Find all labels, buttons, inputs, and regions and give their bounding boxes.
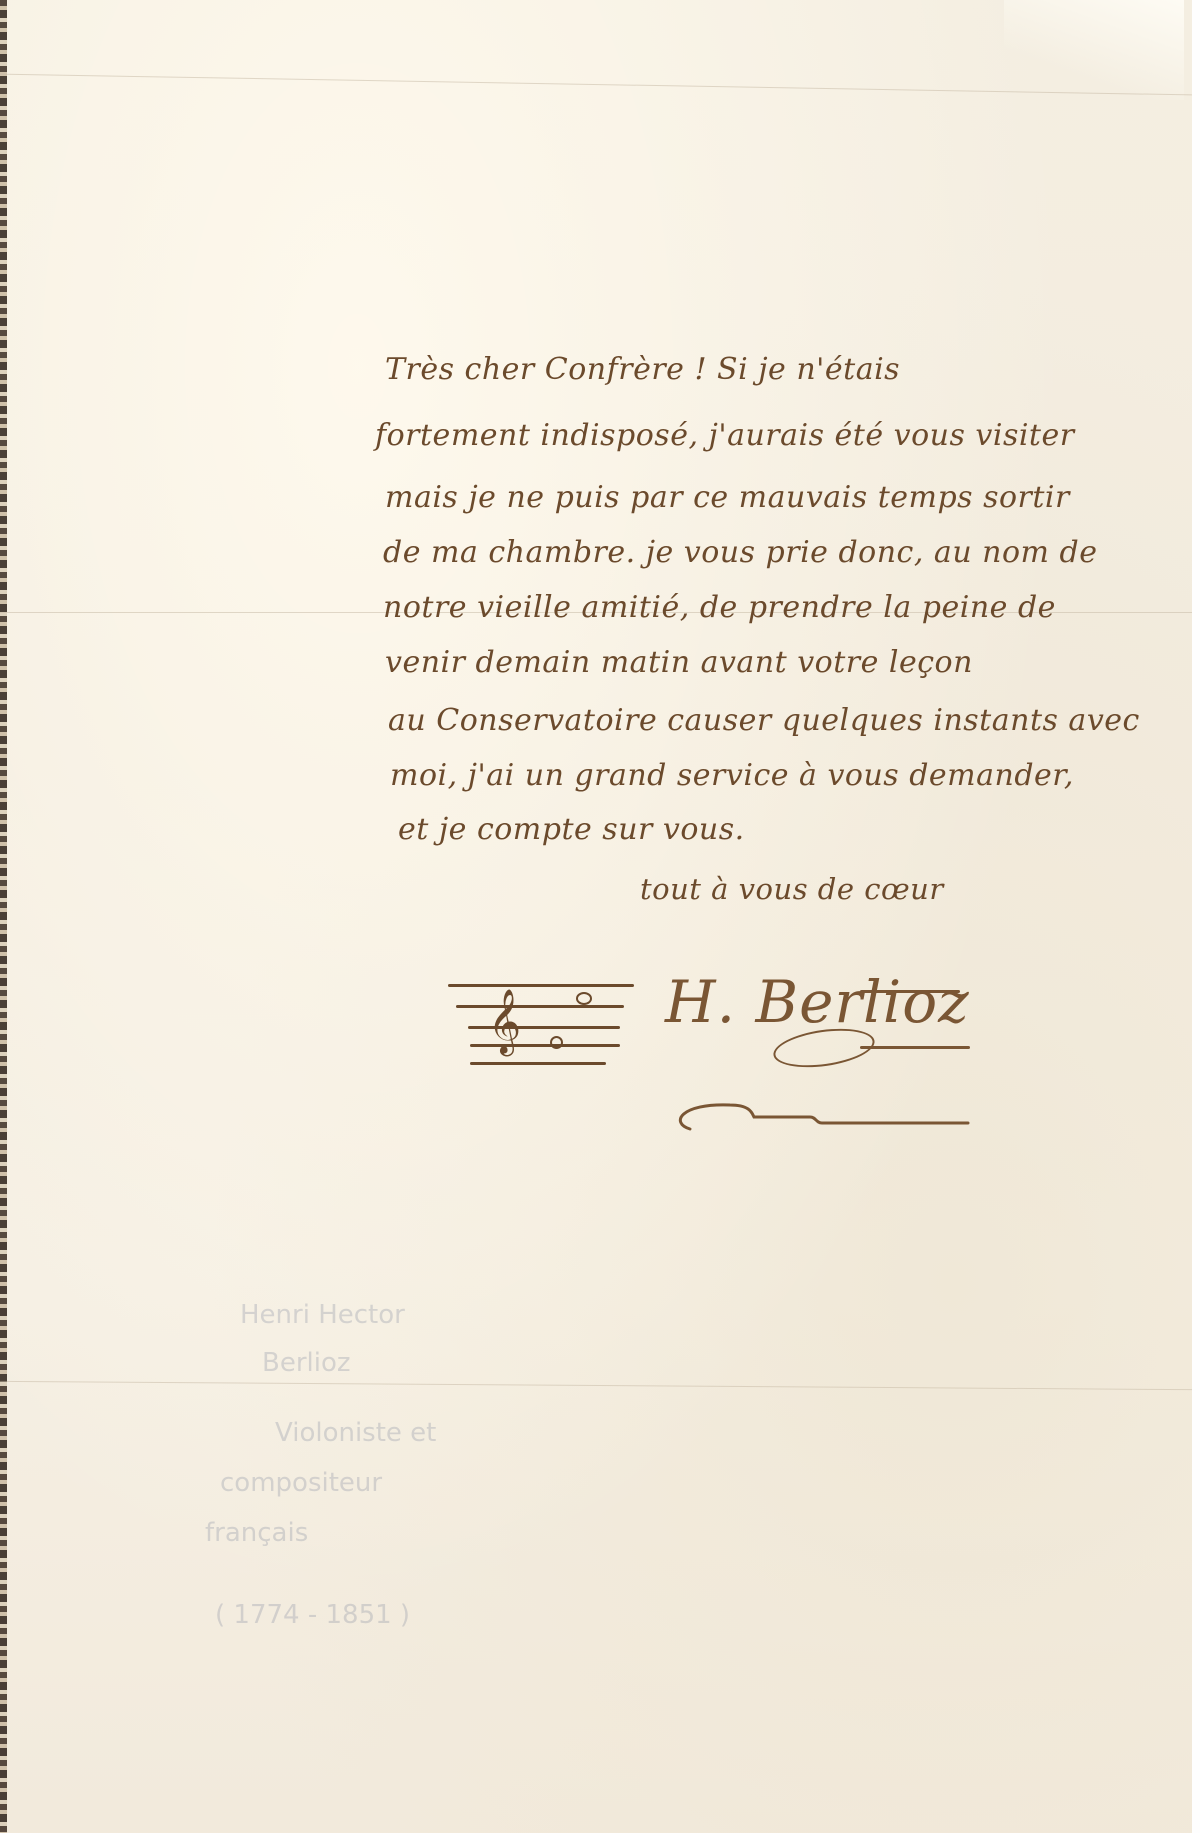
signature: H. Berlioz [665, 968, 970, 1036]
whole-note-icon [550, 1036, 563, 1049]
letter-line-5: notre vieille amitié, de prendre la pein… [383, 590, 1056, 625]
pencil-note: français [205, 1518, 308, 1548]
letter-line-4: de ma chambre. je vous prie donc, au nom… [383, 535, 1098, 570]
signature-stroke [860, 1046, 970, 1049]
paper-fold-highlight [1004, 0, 1184, 100]
pencil-note: Berlioz [262, 1348, 351, 1378]
signature-stroke [860, 990, 960, 993]
letter-line-2: fortement indisposé, j'aurais été vous v… [375, 418, 1075, 453]
torn-left-edge [0, 0, 7, 1833]
pencil-note: compositeur [220, 1468, 382, 1498]
letter-paper: Très cher Confrère ! Si je n'étais forte… [0, 0, 1192, 1833]
letter-line-1: Très cher Confrère ! Si je n'étais [385, 352, 900, 387]
paper-crease [0, 1381, 1192, 1390]
pencil-note: Henri Hector [240, 1300, 405, 1330]
pencil-note: ( 1774 - 1851 ) [215, 1600, 410, 1630]
letter-line-8: moi, j'ai un grand service à vous demand… [390, 758, 1074, 793]
letter-line-6: venir demain matin avant votre leçon [385, 645, 973, 680]
whole-note-icon [576, 992, 592, 1005]
signature-flourish [670, 1095, 970, 1135]
letter-line-9: et je compte sur vous. [398, 812, 745, 847]
pencil-note: Violoniste et [275, 1418, 436, 1448]
letter-closing: tout à vous de cœur [640, 872, 944, 906]
treble-clef-icon: 𝄞 [488, 994, 521, 1050]
music-staff-drawing: 𝄞 [448, 978, 634, 1068]
letter-line-7: au Conservatoire causer quelques instant… [388, 703, 1140, 738]
letter-line-3: mais je ne puis par ce mauvais temps sor… [385, 480, 1070, 515]
